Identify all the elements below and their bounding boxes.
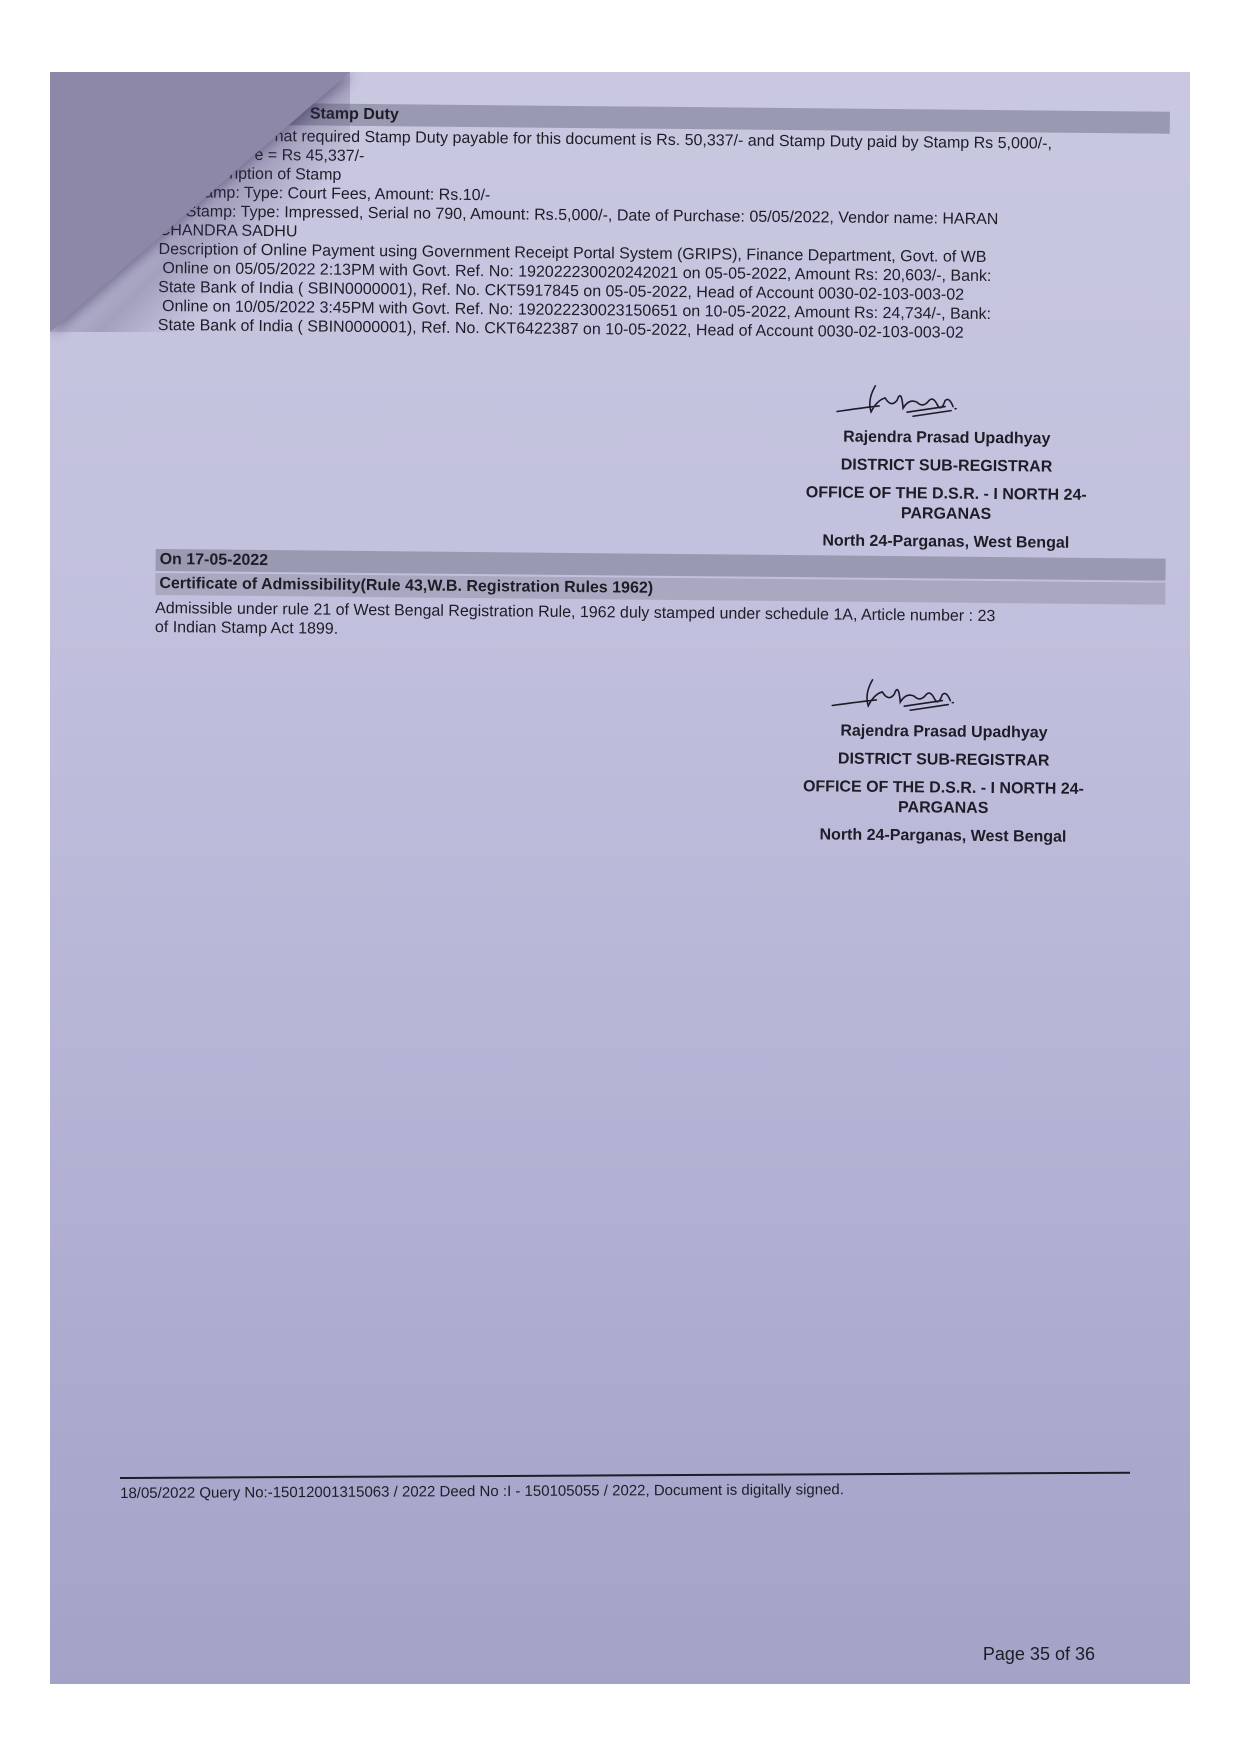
signatory-office-line-1: OFFICE OF THE D.S.R. - I NORTH 24- [763,777,1123,800]
signatory-block-2: Rajendra Prasad Upadhyay DISTRICT SUB-RE… [763,661,1125,848]
signature-1 [767,367,1128,430]
signatory-office-line-1: OFFICE OF THE D.S.R. - I NORTH 24- [766,483,1126,506]
page-footer: 18/05/2022 Query No:-15012001315063 / 20… [120,1472,1130,1502]
signature-icon [764,671,1124,724]
page-number: Page 35 of 36 [983,1644,1095,1665]
footer-text: 18/05/2022 Query No:-15012001315063 / 20… [120,1480,1130,1502]
signatory-designation: DISTRICT SUB-REGISTRAR [766,455,1126,478]
document-page: Stamp Duty hat required Stamp Duty payab… [50,72,1190,1684]
signatory-designation: DISTRICT SUB-REGISTRAR [764,749,1124,772]
signatory-location: North 24-Parganas, West Bengal [766,531,1126,554]
signatory-location: North 24-Parganas, West Bengal [763,825,1123,848]
folded-page-corner [50,72,350,332]
signature-icon [767,377,1127,430]
signature-2 [764,661,1125,724]
footer-divider [120,1472,1130,1479]
signatory-name: Rajendra Prasad Upadhyay [764,721,1124,744]
signatory-block-1: Rajendra Prasad Upadhyay DISTRICT SUB-RE… [766,367,1128,554]
signatory-office-line-2: PARGANAS [766,503,1126,526]
signatory-office-line-2: PARGANAS [763,797,1123,820]
admissibility-body: Admissible under rule 21 of West Bengal … [155,599,1165,647]
signatory-name: Rajendra Prasad Upadhyay [767,427,1127,450]
